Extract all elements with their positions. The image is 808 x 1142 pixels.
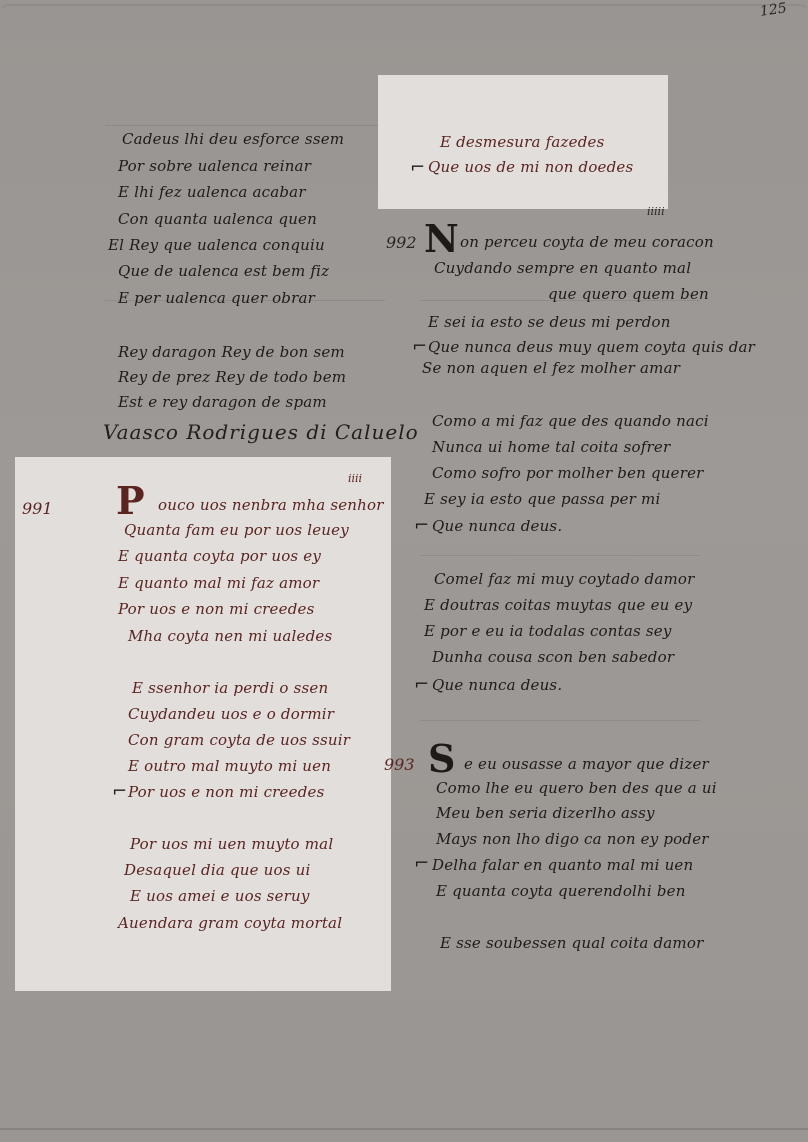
verse-line: Como lhe eu quero ben des que a ui [436, 779, 717, 797]
refrain-mark: ⌐ [112, 781, 127, 802]
poem-number: 992 [386, 233, 417, 252]
verse-line: Por uos e non mi creedes [118, 600, 314, 618]
verse-line: Nunca ui home tal coita sofrer [432, 438, 670, 456]
refrain-mark: ⌐ [414, 674, 429, 695]
verse-line: Como a mi faz que des quando naci [432, 412, 709, 430]
verse-line: Rey de prez Rey de todo bem [118, 368, 346, 386]
verse-line: Que nunca deus muy quem coyta quis dar [428, 338, 755, 356]
verse-line: Est e rey daragon de spam [118, 393, 327, 411]
verse-line: E outro mal muyto mi uen [128, 757, 331, 775]
verse-line: Que uos de mi non doedes [428, 158, 633, 176]
verse-line: E sei ia esto se deus mi perdon [428, 313, 671, 331]
verse-line: Con gram coyta de uos ssuir [128, 731, 350, 749]
verse-line: E por e eu ia todalas contas sey [424, 622, 672, 640]
folio-number: 125 [759, 0, 788, 20]
verse-line: Que nunca deus. [432, 676, 562, 694]
verse-line: Delha falar en quanto mal mi uen [432, 856, 693, 874]
verse-line: Quanta fam eu por uos leuey [124, 521, 349, 539]
marginal-mark: iiiii [647, 205, 665, 218]
verse-line: Se non aquen el fez molher amar [422, 359, 680, 377]
verse-line: El Rey que ualenca conquiu [108, 236, 325, 254]
verse-line: Dunha cousa scon ben sabedor [432, 648, 674, 666]
verse-line: Rey daragon Rey de bon sem [118, 343, 345, 361]
verse-line: que quero quem ben [548, 285, 709, 303]
verse-line: Cadeus lhi deu esforce ssem [122, 130, 344, 148]
verse-line: E quanta coyta querendolhi ben [436, 882, 686, 900]
verse-line: E sey ia esto que passa per mi [424, 490, 660, 508]
poem-number: 991 [22, 499, 53, 518]
marginal-mark: iiii [348, 472, 362, 485]
verse-line: E ssenhor ia perdi o ssen [132, 679, 328, 697]
verse-line: E lhi fez ualenca acabar [118, 183, 306, 201]
refrain-mark: ⌐ [414, 515, 429, 536]
verse-line: e eu ousasse a mayor que dizer [464, 755, 709, 773]
verse-line: Por uos mi uen muyto mal [130, 835, 333, 853]
verse-line: E quanta coyta por uos ey [118, 547, 321, 565]
manuscript-page: 125 Cadeus lhi deu esforce ssem Por sobr… [0, 0, 808, 1142]
verse-line: Comel faz mi muy coytado damor [434, 570, 695, 588]
refrain-mark: ⌐ [410, 157, 425, 178]
decorated-initial: N [424, 220, 459, 258]
verse-line: Con quanta ualenca quen [118, 210, 317, 228]
verse-line: Que nunca deus. [432, 517, 562, 535]
verse-line: Por uos e non mi creedes [128, 783, 324, 801]
refrain-mark: ⌐ [414, 853, 429, 874]
verse-line: E doutras coitas muytas que eu ey [424, 596, 692, 614]
decorated-initial: S [428, 740, 455, 778]
verse-line: E desmesura fazedes [440, 133, 605, 151]
verse-line: Que de ualenca est bem fiz [118, 262, 329, 280]
verse-line: E uos amei e uos seruy [130, 887, 310, 905]
verse-line: Mays non lho digo ca non ey poder [436, 830, 709, 848]
verse-line: Como sofro por molher ben querer [432, 464, 704, 482]
verse-line: on perceu coyta de meu coracon [460, 233, 714, 251]
verse-line: Desaquel dia que uos ui [124, 861, 310, 879]
verse-line: E per ualenca quer obrar [118, 289, 315, 307]
verse-line: ouco uos nenbra mha senhor [158, 496, 384, 514]
verse-line: Mha coyta nen mi ualedes [128, 627, 332, 645]
verse-line: Auendara gram coyta mortal [118, 914, 342, 932]
verse-line: E sse soubessen qual coita damor [440, 934, 703, 952]
verse-line: Cuydandeu uos e o dormir [128, 705, 334, 723]
verse-line: Por sobre ualenca reinar [118, 157, 311, 175]
verse-line: Meu ben seria dizerlho assy [436, 804, 655, 822]
decorated-initial: P [116, 482, 145, 520]
verse-line: E quanto mal mi faz amor [118, 574, 319, 592]
refrain-mark: ⌐ [412, 336, 427, 357]
poem-number: 993 [384, 755, 415, 774]
author-rubric: Vaasco Rodrigues di Caluelo [103, 420, 419, 444]
verse-line: Cuydando sempre en quanto mal [434, 259, 691, 277]
